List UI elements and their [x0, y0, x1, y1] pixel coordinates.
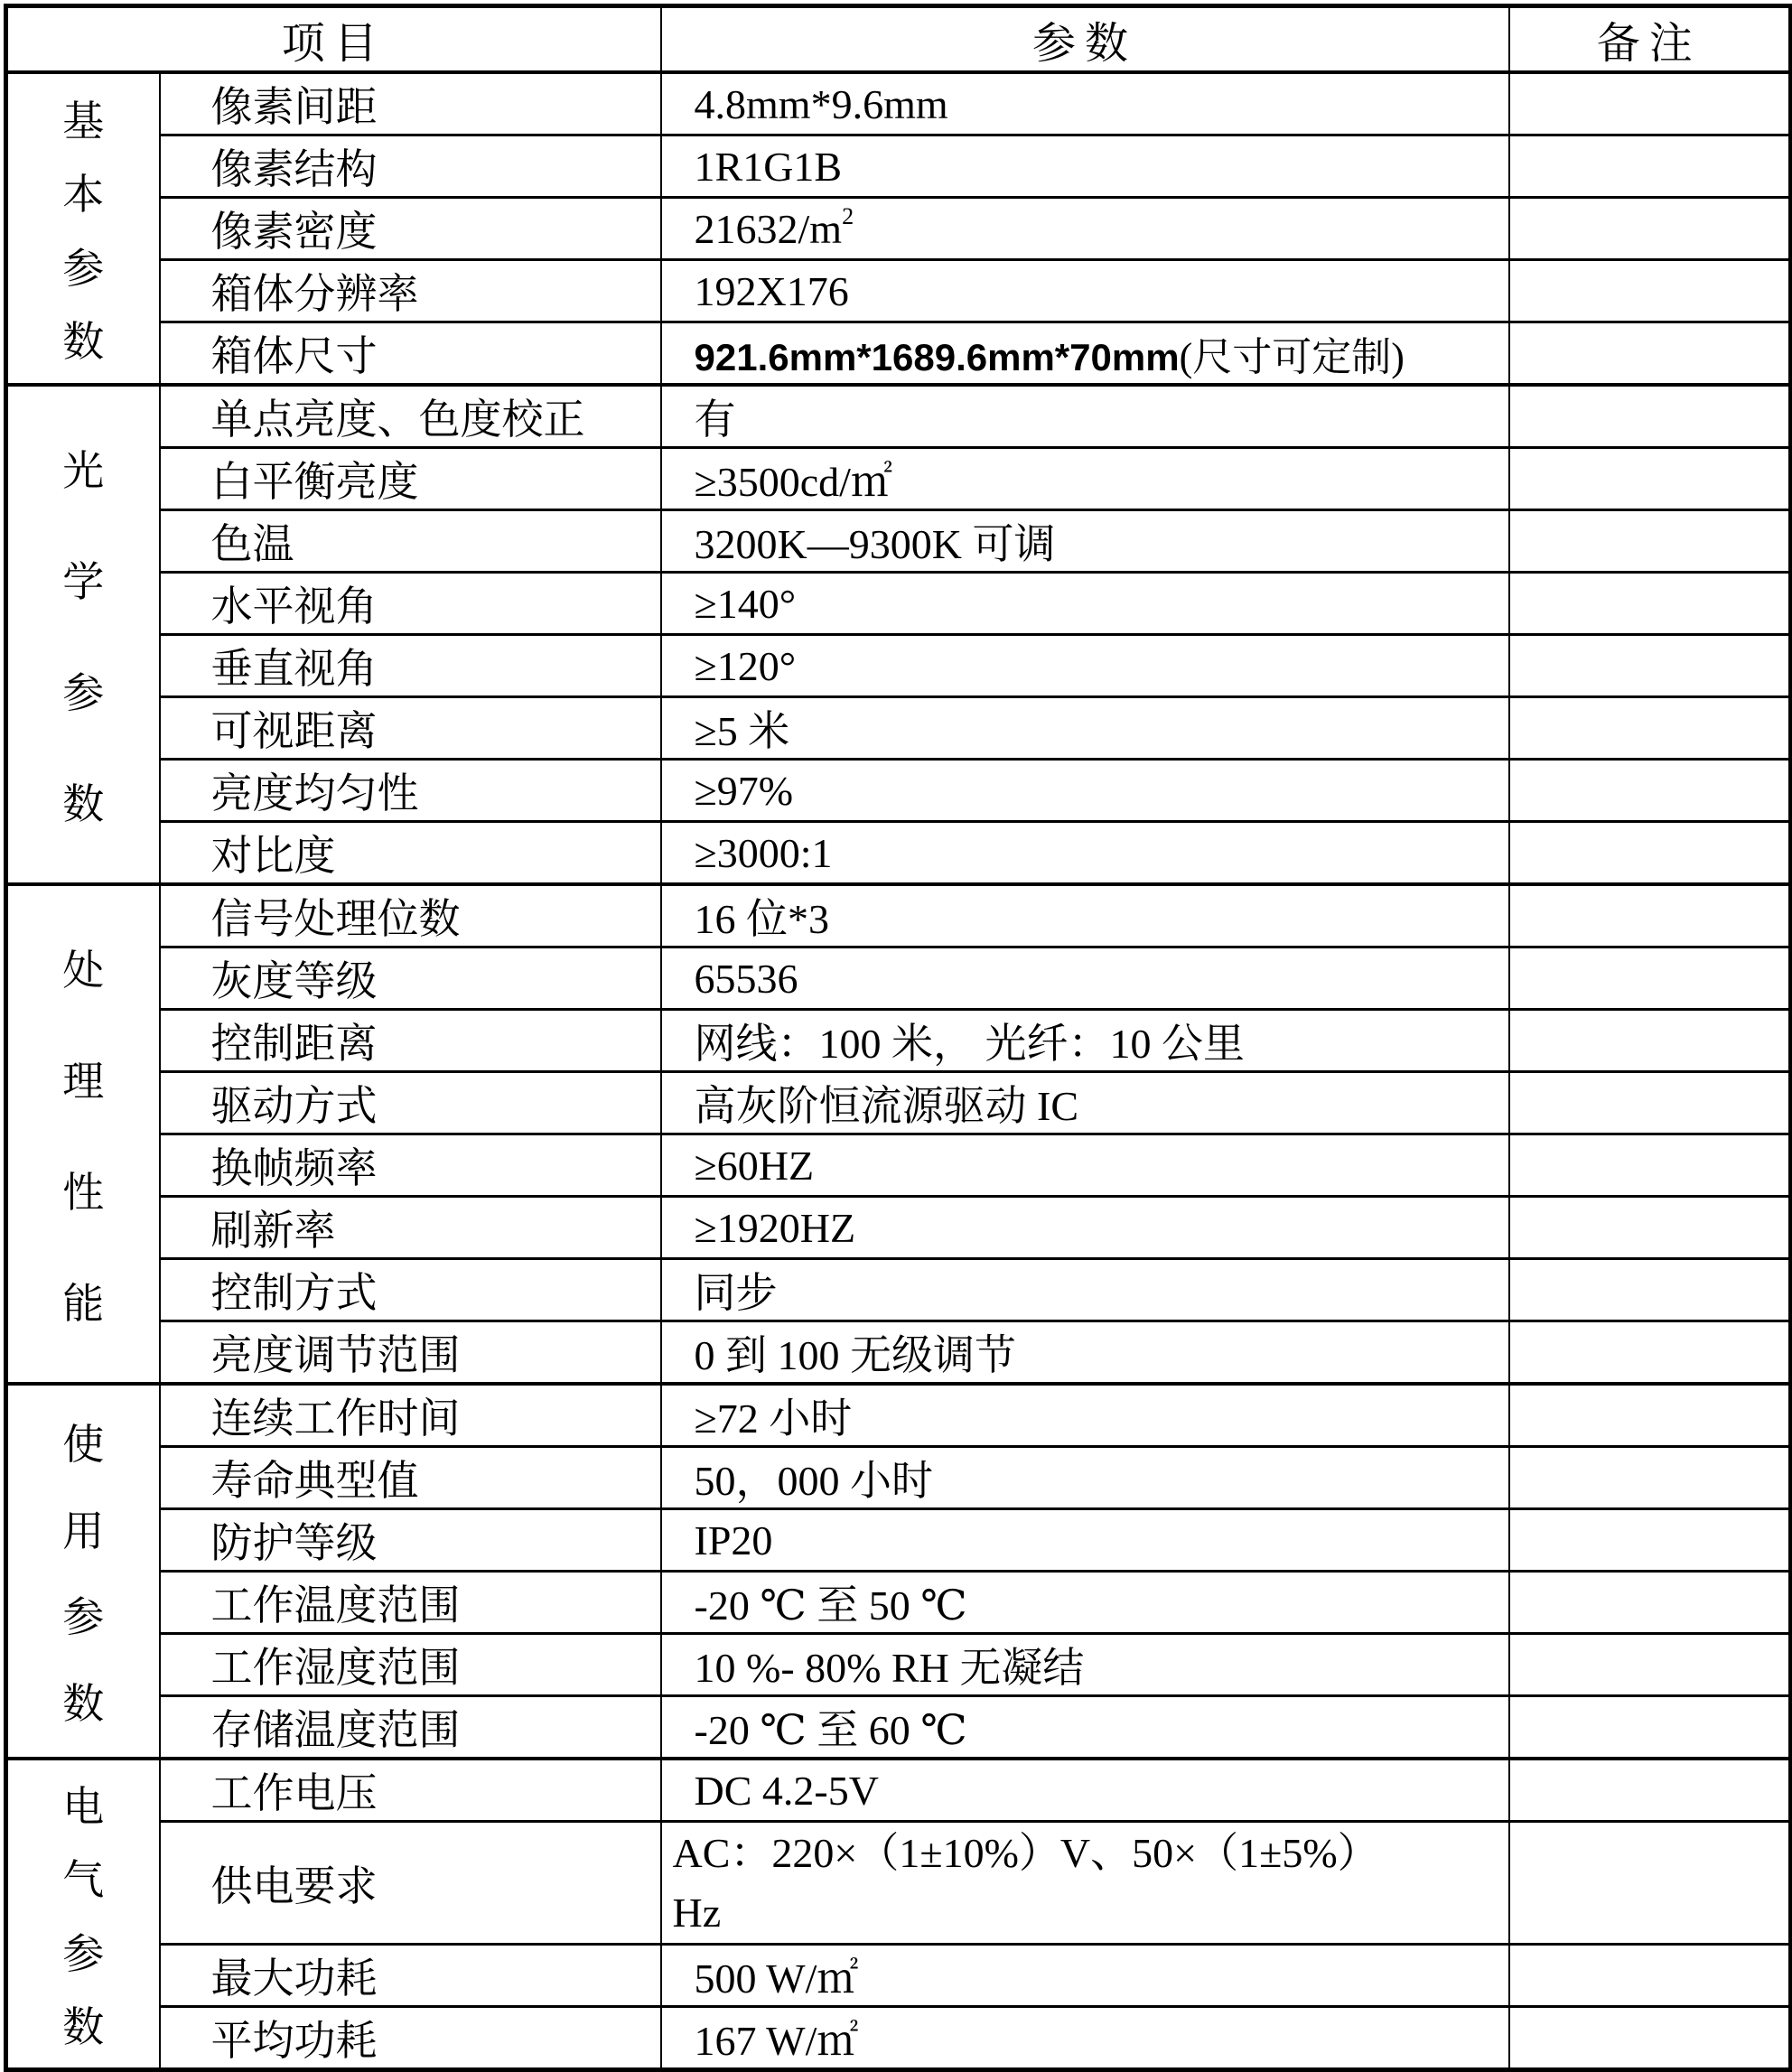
param-cell: ≥5 米 [661, 697, 1509, 760]
table-row: 电气参数工作电压DC 4.2-5V [6, 1759, 1791, 1822]
remark-cell [1509, 198, 1791, 260]
group-label-char: 参 [62, 660, 104, 720]
table-row: 水平视角≥140° [6, 573, 1791, 635]
table-row: 亮度均匀性≥97% [6, 760, 1791, 822]
group-label-char: 参 [62, 1921, 104, 1981]
header-row: 项目 参数 备注 [6, 6, 1791, 73]
table-row: 存储温度范围-20 ℃ 至 60 ℃ [6, 1696, 1791, 1759]
group-cell-5: 电气参数 [6, 1759, 160, 2070]
param-cell: AC：220×（1±10%）V、50×（1±5%）Hz [661, 1822, 1509, 1945]
remark-cell [1509, 1945, 1791, 2007]
table-row: 灰度等级65536 [6, 947, 1791, 1010]
param-value: 167 W/㎡ [695, 2018, 859, 2064]
remark-cell [1509, 1010, 1791, 1072]
param-value: ≥97% [695, 768, 794, 814]
spec-table-header: 项目 参数 备注 [6, 6, 1791, 73]
remark-cell [1509, 1384, 1791, 1447]
item-cell: 像素结构 [160, 135, 661, 198]
param-cell: 0 到 100 无级调节 [661, 1321, 1509, 1385]
remark-cell [1509, 1696, 1791, 1759]
param-value: ≥3000:1 [695, 830, 833, 876]
table-row: 像素结构1R1G1B [6, 135, 1791, 198]
table-row: 色温3200K—9300K 可调 [6, 510, 1791, 573]
param-value: 16 位*3 [695, 896, 830, 942]
group-label-char: 用 [62, 1498, 104, 1558]
param-value: ≥1920HZ [695, 1205, 856, 1251]
group-label-char: 学 [62, 549, 104, 609]
remark-cell [1509, 760, 1791, 822]
param-value: 1R1G1B [695, 144, 843, 190]
group-label: 光学参数 [8, 387, 159, 882]
param-value: 0 到 100 无级调节 [695, 1332, 1017, 1378]
group-cell-2: 光学参数 [6, 385, 160, 884]
item-cell: 亮度均匀性 [160, 760, 661, 822]
group-label-char: 气 [62, 1847, 104, 1907]
param-value: 10 %- 80% RH 无凝结 [695, 1645, 1085, 1691]
param-suffix: (尺寸可定制) [1180, 335, 1405, 379]
remark-cell [1509, 635, 1791, 697]
table-row: 白平衡亮度≥3500cd/㎡ [6, 448, 1791, 510]
item-cell: 色温 [160, 510, 661, 573]
param-cell: ≥120° [661, 635, 1509, 697]
spec-table: 项目 参数 备注 基本参数像素间距4.8mm*9.6mm像素结构1R1G1B像素… [4, 4, 1792, 2072]
param-value: 192X176 [695, 268, 849, 314]
param-cell: ≥3000:1 [661, 822, 1509, 885]
param-cell: DC 4.2-5V [661, 1759, 1509, 1822]
param-cell: 16 位*3 [661, 884, 1509, 947]
param-cell: 网线：100 米， 光纤：10 公里 [661, 1010, 1509, 1072]
group-label-char: 数 [62, 309, 104, 369]
group-label-char: 参 [62, 1584, 104, 1644]
param-cell: 1R1G1B [661, 135, 1509, 198]
remark-cell [1509, 1759, 1791, 1822]
remark-cell [1509, 1572, 1791, 1634]
table-row: 垂直视角≥120° [6, 635, 1791, 697]
param-line: AC：220×（1±10%）V、50×（1±5%） [673, 1824, 1508, 1883]
group-label: 使用参数 [8, 1386, 159, 1757]
remark-cell [1509, 322, 1791, 386]
remark-cell [1509, 1321, 1791, 1385]
item-cell: 箱体尺寸 [160, 322, 661, 386]
table-row: 工作湿度范围10 %- 80% RH 无凝结 [6, 1634, 1791, 1696]
item-cell: 白平衡亮度 [160, 448, 661, 510]
group-label: 电气参数 [8, 1760, 159, 2067]
param-value: 有 [695, 397, 736, 443]
param-cell: 50，000 小时 [661, 1447, 1509, 1509]
group-label-char: 光 [62, 438, 104, 498]
item-cell: 存储温度范围 [160, 1696, 661, 1759]
item-cell: 连续工作时间 [160, 1384, 661, 1447]
table-row: 亮度调节范围0 到 100 无级调节 [6, 1321, 1791, 1385]
param-value: 同步 [695, 1270, 778, 1316]
item-cell: 工作湿度范围 [160, 1634, 661, 1696]
group-cell-1: 基本参数 [6, 72, 160, 385]
item-cell: 水平视角 [160, 573, 661, 635]
remark-cell [1509, 1134, 1791, 1197]
param-cell: ≥97% [661, 760, 1509, 822]
param-cell: 10 %- 80% RH 无凝结 [661, 1634, 1509, 1696]
item-cell: 对比度 [160, 822, 661, 885]
param-cell: 167 W/㎡ [661, 2007, 1509, 2070]
item-cell: 寿命典型值 [160, 1447, 661, 1509]
param-value: 网线：100 米， 光纤：10 公里 [695, 1021, 1246, 1067]
param-value: 65536 [695, 956, 798, 1002]
param-value: 4.8mm*9.6mm [695, 81, 948, 127]
table-row: 像素密度21632/m2 [6, 198, 1791, 260]
table-row: 工作温度范围-20 ℃ 至 50 ℃ [6, 1572, 1791, 1634]
remark-cell [1509, 72, 1791, 135]
param-cell: -20 ℃ 至 50 ℃ [661, 1572, 1509, 1634]
header-param: 参数 [661, 6, 1509, 73]
param-cell: 192X176 [661, 260, 1509, 322]
group-label-char: 性 [62, 1160, 104, 1219]
item-cell: 控制方式 [160, 1259, 661, 1321]
item-cell: 亮度调节范围 [160, 1321, 661, 1385]
table-row: 箱体尺寸921.6mm*1689.6mm*70mm(尺寸可定制) [6, 322, 1791, 386]
param-cell: 21632/m2 [661, 198, 1509, 260]
group-cell-4: 使用参数 [6, 1384, 160, 1759]
param-cell: 65536 [661, 947, 1509, 1010]
group-label: 处理性能 [8, 886, 159, 1382]
group-label-char: 参 [62, 236, 104, 295]
item-cell: 平均功耗 [160, 2007, 661, 2070]
param-cell: 高灰阶恒流源驱动 IC [661, 1072, 1509, 1134]
group-label: 基本参数 [8, 74, 159, 383]
param-value: ≥60HZ [695, 1143, 815, 1189]
param-value: ≥120° [695, 643, 797, 689]
param-value: ≥5 米 [695, 708, 790, 754]
header-item: 项目 [6, 6, 661, 73]
item-cell: 工作电压 [160, 1759, 661, 1822]
remark-cell [1509, 510, 1791, 573]
table-row: 处理性能信号处理位数16 位*3 [6, 884, 1791, 947]
group-label-char: 本 [62, 162, 104, 221]
param-value: -20 ℃ 至 60 ℃ [695, 1707, 967, 1753]
table-row: 对比度≥3000:1 [6, 822, 1791, 885]
param-cell: 3200K—9300K 可调 [661, 510, 1509, 573]
param-cell: ≥60HZ [661, 1134, 1509, 1197]
group-label-char: 数 [62, 771, 104, 831]
param-value: -20 ℃ 至 50 ℃ [695, 1582, 967, 1629]
remark-cell [1509, 573, 1791, 635]
param-value: 21632/m [695, 206, 843, 252]
param-cell: 有 [661, 385, 1509, 448]
item-cell: 像素密度 [160, 198, 661, 260]
param-cell: ≥1920HZ [661, 1197, 1509, 1259]
table-row: 供电要求AC：220×（1±10%）V、50×（1±5%）Hz [6, 1822, 1791, 1945]
item-cell: 刷新率 [160, 1197, 661, 1259]
item-cell: 灰度等级 [160, 947, 661, 1010]
remark-cell [1509, 1197, 1791, 1259]
param-value: 921.6mm*1689.6mm*70mm [695, 336, 1180, 378]
item-cell: 像素间距 [160, 72, 661, 135]
group-label-char: 数 [62, 1994, 104, 2054]
param-cell: ≥3500cd/㎡ [661, 448, 1509, 510]
param-cell: 500 W/㎡ [661, 1945, 1509, 2007]
item-cell: 最大功耗 [160, 1945, 661, 2007]
table-row: 控制方式同步 [6, 1259, 1791, 1321]
param-cell: -20 ℃ 至 60 ℃ [661, 1696, 1509, 1759]
item-cell: 信号处理位数 [160, 884, 661, 947]
group-label-char: 处 [62, 938, 104, 997]
param-value: ≥72 小时 [695, 1395, 853, 1442]
remark-cell [1509, 1634, 1791, 1696]
table-row: 基本参数像素间距4.8mm*9.6mm [6, 72, 1791, 135]
remark-cell [1509, 947, 1791, 1010]
table-row: 控制距离网线：100 米， 光纤：10 公里 [6, 1010, 1791, 1072]
param-value: 高灰阶恒流源驱动 IC [695, 1083, 1079, 1129]
group-label-char: 电 [62, 1774, 104, 1834]
group-label-char: 数 [62, 1671, 104, 1731]
param-cell: ≥72 小时 [661, 1384, 1509, 1447]
item-cell: 工作温度范围 [160, 1572, 661, 1634]
table-row: 箱体分辨率192X176 [6, 260, 1791, 322]
remark-cell [1509, 884, 1791, 947]
table-row: 寿命典型值50，000 小时 [6, 1447, 1791, 1509]
group-label-char: 使 [62, 1412, 104, 1471]
param-value: ≥140° [695, 581, 797, 627]
param-superscript: 2 [842, 203, 854, 229]
param-value: 500 W/㎡ [695, 1955, 859, 2002]
table-row: 可视距离≥5 米 [6, 697, 1791, 760]
param-value: IP20 [695, 1517, 773, 1563]
remark-cell [1509, 135, 1791, 198]
table-row: 最大功耗500 W/㎡ [6, 1945, 1791, 2007]
param-cell: 同步 [661, 1259, 1509, 1321]
group-label-char: 理 [62, 1049, 104, 1108]
item-cell: 防护等级 [160, 1509, 661, 1572]
table-row: 光学参数单点亮度、色度校正有 [6, 385, 1791, 448]
param-cell: 4.8mm*9.6mm [661, 72, 1509, 135]
remark-cell [1509, 1509, 1791, 1572]
remark-cell [1509, 1822, 1791, 1945]
table-row: 换帧频率≥60HZ [6, 1134, 1791, 1197]
table-row: 防护等级IP20 [6, 1509, 1791, 1572]
remark-cell [1509, 2007, 1791, 2070]
item-cell: 单点亮度、色度校正 [160, 385, 661, 448]
remark-cell [1509, 1259, 1791, 1321]
remark-cell [1509, 697, 1791, 760]
remark-cell [1509, 1447, 1791, 1509]
spec-table-body: 基本参数像素间距4.8mm*9.6mm像素结构1R1G1B像素密度21632/m… [6, 72, 1791, 2070]
remark-cell [1509, 822, 1791, 885]
remark-cell [1509, 260, 1791, 322]
table-row: 使用参数连续工作时间≥72 小时 [6, 1384, 1791, 1447]
param-value: 3200K—9300K 可调 [695, 521, 1056, 567]
remark-cell [1509, 385, 1791, 448]
param-cell: IP20 [661, 1509, 1509, 1572]
table-row: 刷新率≥1920HZ [6, 1197, 1791, 1259]
param-value: 50，000 小时 [695, 1458, 934, 1504]
table-row: 驱动方式高灰阶恒流源驱动 IC [6, 1072, 1791, 1134]
item-cell: 换帧频率 [160, 1134, 661, 1197]
group-label-char: 能 [62, 1271, 104, 1330]
param-line: Hz [673, 1883, 1508, 1943]
remark-cell [1509, 1072, 1791, 1134]
item-cell: 箱体分辨率 [160, 260, 661, 322]
item-cell: 可视距离 [160, 697, 661, 760]
item-cell: 垂直视角 [160, 635, 661, 697]
table-row: 平均功耗167 W/㎡ [6, 2007, 1791, 2070]
item-cell: 供电要求 [160, 1822, 661, 1945]
param-value: ≥3500cd/㎡ [695, 459, 892, 505]
group-cell-3: 处理性能 [6, 884, 160, 1384]
item-cell: 控制距离 [160, 1010, 661, 1072]
item-cell: 驱动方式 [160, 1072, 661, 1134]
group-label-char: 基 [62, 89, 104, 148]
header-remark: 备注 [1509, 6, 1791, 73]
param-value: DC 4.2-5V [695, 1768, 879, 1814]
param-cell: ≥140° [661, 573, 1509, 635]
param-cell: 921.6mm*1689.6mm*70mm(尺寸可定制) [661, 322, 1509, 386]
remark-cell [1509, 448, 1791, 510]
